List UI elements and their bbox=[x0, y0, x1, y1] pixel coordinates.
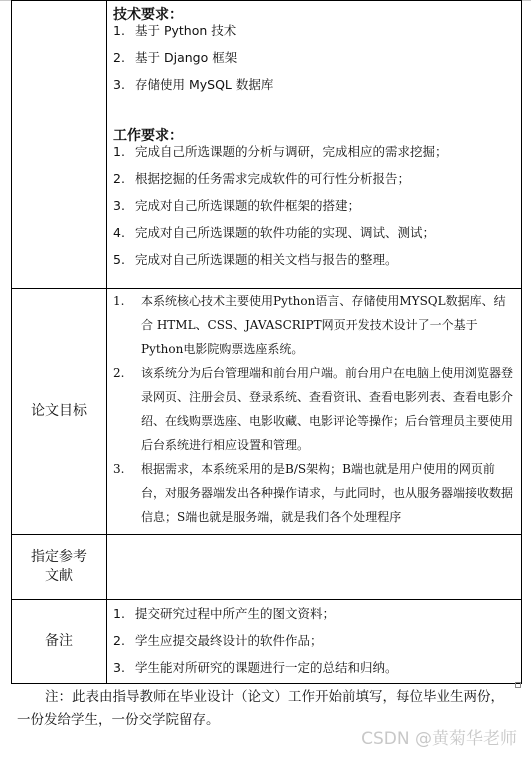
remark-item: 1.提交研究过程中所产生的图文资料； bbox=[113, 606, 517, 621]
item-text: 提交研究过程中所产生的图文资料； bbox=[135, 606, 335, 621]
item-number: 1. bbox=[113, 289, 141, 361]
item-number: 3. bbox=[113, 457, 141, 529]
item-number: 2. bbox=[113, 633, 135, 648]
item-text: 完成对自己所选课题的软件框架的搭建； bbox=[135, 198, 360, 213]
references-label-text: 指定参考文献 bbox=[29, 548, 89, 586]
work-requirement-item: 4.完成对自己所选课题的软件功能的实现、调试、测试； bbox=[113, 225, 517, 240]
item-text: 学生应提交最终设计的软件作品； bbox=[135, 633, 323, 648]
item-text: 根据需求，本系统采用的是B/S架构；B端也就是用户使用的网页前台，对服务器端发出… bbox=[141, 457, 517, 529]
item-number: 1. bbox=[113, 606, 135, 621]
item-text: 根据挖掘的任务需求完成软件的可行性分析报告； bbox=[135, 171, 410, 186]
tech-requirement-item: 1.基于 Python 技术 bbox=[113, 23, 517, 38]
item-text: 该系统分为后台管理端和前台用户端。前台用户在电脑上使用浏览器登录网页、注册会员、… bbox=[141, 361, 517, 457]
item-text: 本系统核心技术主要使用Python语言、存储使用MYSQL数据库、结合 HTML… bbox=[141, 289, 517, 361]
item-text: 基于 Django 框架 bbox=[135, 50, 237, 65]
work-requirement-item: 1.完成自己所选课题的分析与调研，完成相应的需求挖掘； bbox=[113, 144, 517, 159]
requirements-content-cell: 技术要求： 1.基于 Python 技术 2.基于 Django 框架 3.存储… bbox=[107, 1, 522, 289]
work-requirement-item: 5.完成对自己所选课题的相关文档与报告的整理。 bbox=[113, 252, 517, 267]
work-requirement-item: 3.完成对自己所选课题的软件框架的搭建； bbox=[113, 198, 517, 213]
references-content bbox=[107, 535, 522, 600]
item-number: 4. bbox=[113, 225, 135, 240]
item-number: 3. bbox=[113, 660, 135, 675]
item-text: 基于 Python 技术 bbox=[135, 23, 236, 38]
tech-requirement-item: 3.存储使用 MySQL 数据库 bbox=[113, 77, 517, 92]
item-number: 5. bbox=[113, 252, 135, 267]
item-text: 完成对自己所选课题的软件功能的实现、调试、测试； bbox=[135, 225, 435, 240]
item-number: 3. bbox=[113, 77, 135, 92]
item-text: 学生能对所研究的课题进行一定的总结和归纳。 bbox=[135, 660, 398, 675]
remark-item: 3.学生能对所研究的课题进行一定的总结和归纳。 bbox=[113, 660, 517, 675]
remarks-content: 1.提交研究过程中所产生的图文资料； 2.学生应提交最终设计的软件作品； 3.学… bbox=[107, 600, 522, 684]
tech-requirements-title: 技术要求： bbox=[113, 7, 517, 23]
thesis-goal-item: 3.根据需求，本系统采用的是B/S架构；B端也就是用户使用的网页前台，对服务器端… bbox=[113, 457, 517, 529]
remarks-label: 备注 bbox=[12, 600, 107, 684]
thesis-goal-content: 1.本系统核心技术主要使用Python语言、存储使用MYSQL数据库、结合 HT… bbox=[107, 289, 522, 535]
work-requirements-title: 工作要求： bbox=[113, 128, 517, 144]
item-number: 2. bbox=[113, 171, 135, 186]
thesis-goal-item: 2.该系统分为后台管理端和前台用户端。前台用户在电脑上使用浏览器登录网页、注册会… bbox=[113, 361, 517, 457]
item-number: 3. bbox=[113, 198, 135, 213]
thesis-goal-item: 1.本系统核心技术主要使用Python语言、存储使用MYSQL数据库、结合 HT… bbox=[113, 289, 517, 361]
requirements-label-cell bbox=[12, 1, 107, 289]
item-text: 完成对自己所选课题的相关文档与报告的整理。 bbox=[135, 252, 398, 267]
remark-item: 2.学生应提交最终设计的软件作品； bbox=[113, 633, 517, 648]
item-number: 1. bbox=[113, 144, 135, 159]
references-label: 指定参考文献 bbox=[12, 535, 107, 600]
requirements-row: 技术要求： 1.基于 Python 技术 2.基于 Django 框架 3.存储… bbox=[12, 1, 522, 289]
item-text: 完成自己所选课题的分析与调研，完成相应的需求挖掘； bbox=[135, 144, 448, 159]
item-text: 存储使用 MySQL 数据库 bbox=[135, 77, 273, 92]
task-form-table: 技术要求： 1.基于 Python 技术 2.基于 Django 框架 3.存储… bbox=[11, 0, 522, 684]
item-number: 2. bbox=[113, 50, 135, 65]
thesis-goal-row: 论文目标 1.本系统核心技术主要使用Python语言、存储使用MYSQL数据库、… bbox=[12, 289, 522, 535]
remarks-row: 备注 1.提交研究过程中所产生的图文资料； 2.学生应提交最终设计的软件作品； … bbox=[12, 600, 522, 684]
tech-requirement-item: 2.基于 Django 框架 bbox=[113, 50, 517, 65]
item-number: 1. bbox=[113, 23, 135, 38]
work-requirement-item: 2.根据挖掘的任务需求完成软件的可行性分析报告； bbox=[113, 171, 517, 186]
thesis-goal-label: 论文目标 bbox=[12, 289, 107, 535]
references-row: 指定参考文献 bbox=[12, 535, 522, 600]
item-number: 2. bbox=[113, 361, 141, 457]
watermark: CSDN @黄菊华老师 bbox=[361, 724, 517, 749]
